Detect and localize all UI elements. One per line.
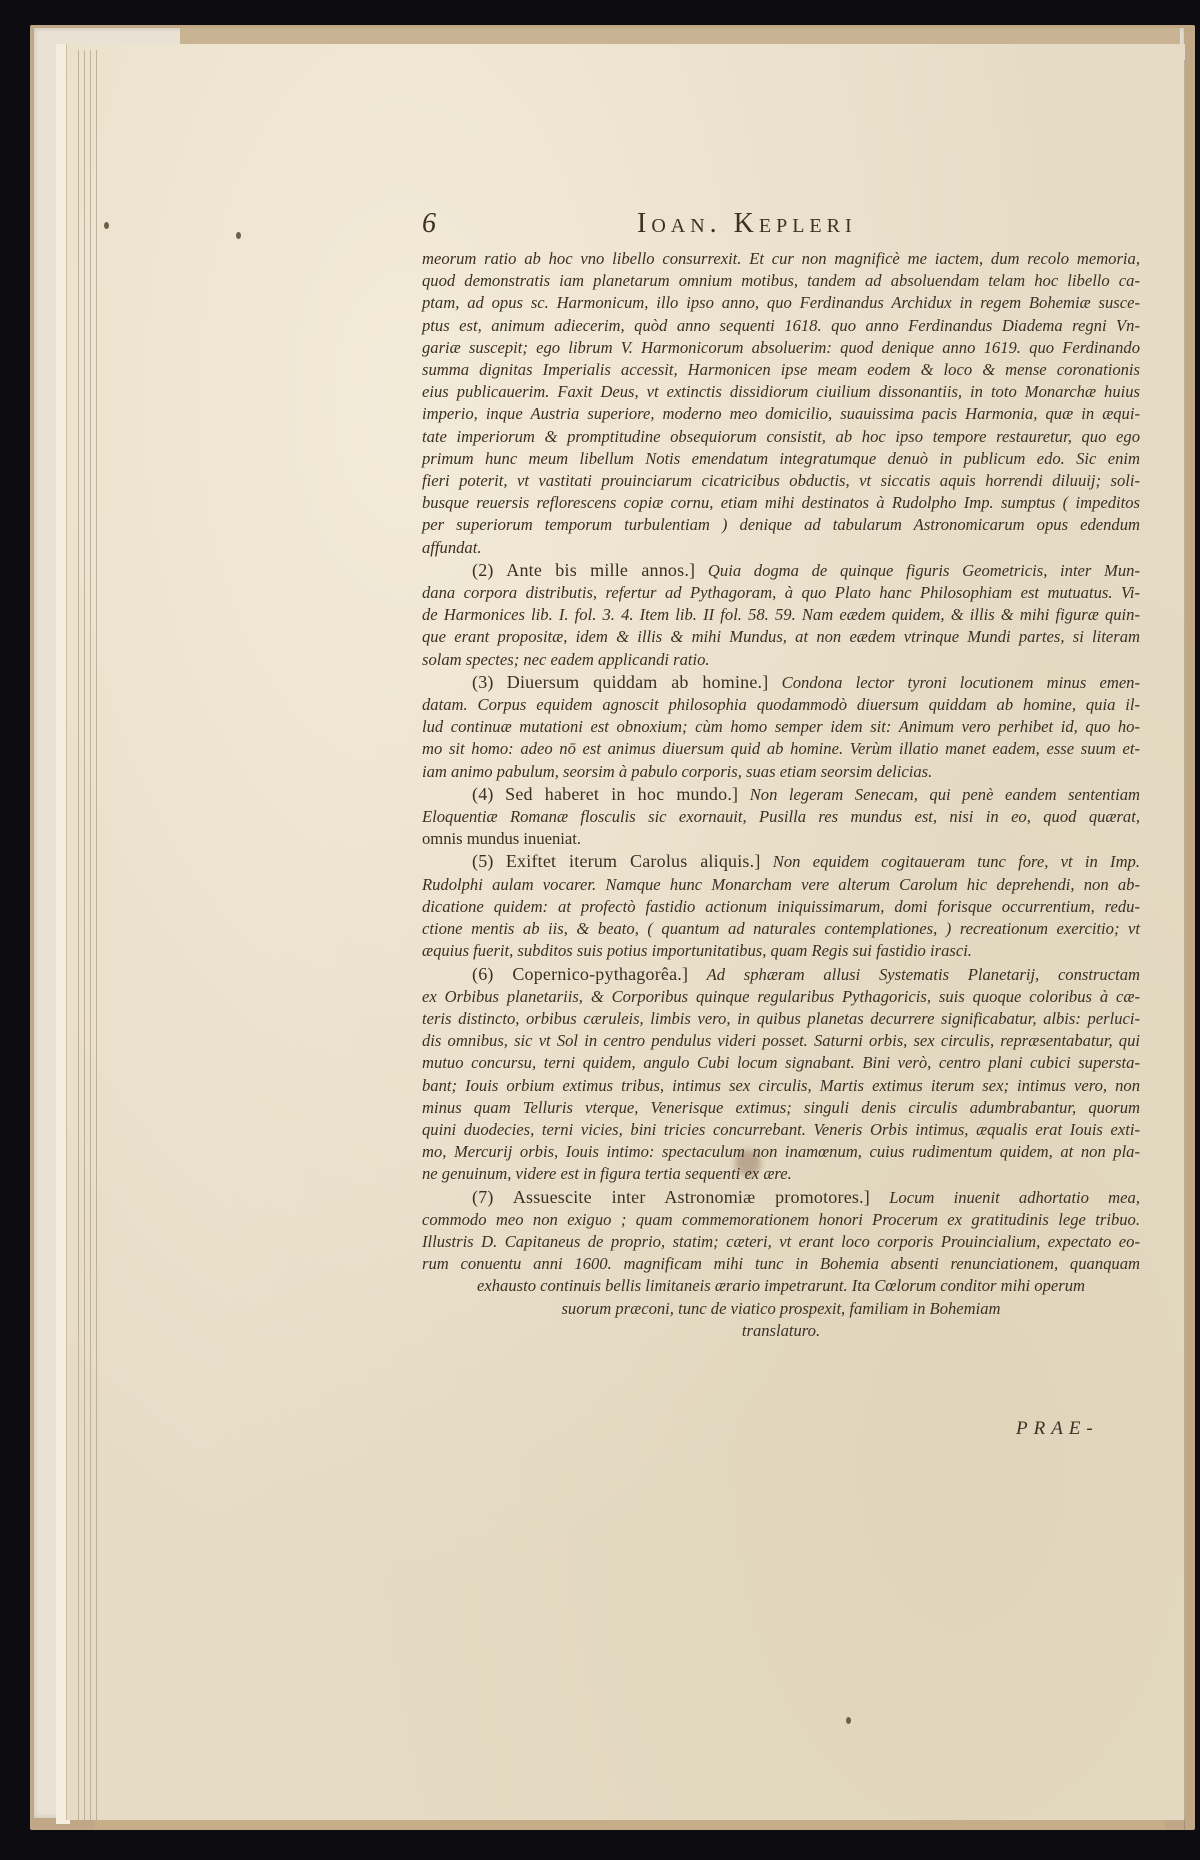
text-line: quini duodecies, terni vicies, bini tric… <box>422 1119 1140 1141</box>
text-line: tate imperiorum & promptitudine obsequio… <box>422 426 1140 448</box>
note-2: (2) Ante bis mille annos.] Quia dogma de… <box>422 559 1140 671</box>
text-line: imperio, inque Austria superiore, modern… <box>422 403 1140 425</box>
note-first-line: (7) Assuescite inter Astronomiæ promotor… <box>422 1186 1140 1209</box>
page-edge-line <box>96 50 97 1820</box>
note-lemma: Exiftet iterum Carolus aliquis.] <box>506 851 761 871</box>
text-line: que erant propositæ, idem & illis & mihi… <box>422 626 1140 648</box>
text-line: commodo meo non exiguo ; quam commemorat… <box>422 1209 1140 1231</box>
foxing-spot <box>846 1717 851 1724</box>
text-line: Illustris D. Capitaneus de proprio, stat… <box>422 1231 1140 1253</box>
text-line: ctione mentis ab iis, & beato, ( quantum… <box>422 918 1140 940</box>
text-line: datam. Corpus equidem agnoscit philosoph… <box>422 694 1140 716</box>
text-line: dis omnibus, sic vt Sol in centro pendul… <box>422 1030 1140 1052</box>
text-line: lud continuæ mutationi est obnoxium; cùm… <box>422 716 1140 738</box>
note-3: (3) Diuersum quiddam ab homine.] Condona… <box>422 671 1140 783</box>
text-line: minus quam Telluris vterque, Venerisque … <box>422 1097 1140 1119</box>
main-paragraph: meorum ratio ab hoc vno libello consurre… <box>422 248 1140 559</box>
text-line: busque reuersis reflorescens copiæ cornu… <box>422 492 1140 514</box>
text-line: de Harmonices lib. I. fol. 3. 4. Item li… <box>422 604 1140 626</box>
text-line: omnis mundus inueniat. <box>422 828 1140 850</box>
text-line: iam animo pabulum, seorsim à pabulo corp… <box>422 761 1140 783</box>
foxing-spot <box>236 232 241 239</box>
note-number: (3) <box>472 672 494 692</box>
text-line: ptam, ad opus sc. Harmonicum, illo ipso … <box>422 292 1140 314</box>
note-lemma: Copernico-pythagorêa.] <box>512 964 688 984</box>
note-first-line: (6) Copernico-pythagorêa.] Ad sphæram al… <box>422 963 1140 986</box>
text-line: meorum ratio ab hoc vno libello consurre… <box>422 248 1140 270</box>
foxing-spot <box>104 222 109 229</box>
text-line: mo, Mercurij orbis, Iouis intimo: specta… <box>422 1141 1140 1163</box>
text-line-centered: suorum præconi, tunc de viatico prospexi… <box>422 1298 1140 1320</box>
text-line: summa dignitas Imperialis accessit, Harm… <box>422 359 1140 381</box>
text-line: dicatione quidem: at profectò fastidio a… <box>422 896 1140 918</box>
page-edge-line <box>84 50 85 1820</box>
note-lemma: Ante bis mille annos.] <box>506 560 695 580</box>
running-head: 6 Ioan. Kepleri <box>422 208 1140 248</box>
text-line: primum hunc meum libellum Notis emendatu… <box>422 448 1140 470</box>
text-line: gariæ suscepit; ego librum V. Harmonicor… <box>422 337 1140 359</box>
text-line: affundat. <box>422 537 1140 559</box>
note-first-line: (2) Ante bis mille annos.] Quia dogma de… <box>422 559 1140 582</box>
text-line: rum conuentu anni 1600. magnificam mihi … <box>422 1253 1140 1275</box>
note-number: (6) <box>472 964 494 984</box>
note-number: (7) <box>472 1187 494 1207</box>
text-line-centered: exhausto continuis bellis limitaneis æra… <box>422 1275 1140 1297</box>
note-text: Non legeram Senecam, qui penè eandem sen… <box>750 785 1140 804</box>
note-text: Condona lector tyroni locutionem minus e… <box>782 673 1140 692</box>
note-text: Non equidem cogitaueram tunc fore, vt in… <box>773 852 1140 871</box>
note-5: (5) Exiftet iterum Carolus aliquis.] Non… <box>422 850 1140 962</box>
note-lemma: Assuescite inter Astronomiæ promotores.] <box>513 1187 870 1207</box>
text-line: æquius fuerit, subditos suis potius impo… <box>422 940 1140 962</box>
text-line: Rudolphi aulam vocarer. Namque hunc Mona… <box>422 874 1140 896</box>
text-line: mutuo concursu, terni quidem, angulo Cub… <box>422 1052 1140 1074</box>
note-4: (4) Sed haberet in hoc mundo.] Non leger… <box>422 783 1140 851</box>
text-line-centered: translaturo. <box>422 1320 1140 1342</box>
note-first-line: (4) Sed haberet in hoc mundo.] Non leger… <box>422 783 1140 806</box>
note-first-line: (5) Exiftet iterum Carolus aliquis.] Non… <box>422 850 1140 873</box>
page-edge-line <box>78 50 79 1820</box>
text-line: dana corpora distributis, refertur ad Py… <box>422 582 1140 604</box>
text-line: ex Orbibus planetariis, & Corporibus qui… <box>422 986 1140 1008</box>
text-line: Eloquentiæ Romanæ flosculis sic exornaui… <box>422 806 1140 828</box>
page-edge-line <box>1184 60 1185 1830</box>
text-line: per superiorum temporum turbulentiam ) d… <box>422 514 1140 536</box>
text-line: fieri poterit, vt vastitati prouinciarum… <box>422 470 1140 492</box>
note-lemma: Sed haberet in hoc mundo.] <box>505 784 738 804</box>
note-lemma: Diuersum quiddam ab homine.] <box>507 672 769 692</box>
text-line: mo sit homo: adeo nō est animus diuersum… <box>422 738 1140 760</box>
text-line: solam spectes; nec eadem applicandi rati… <box>422 649 1140 671</box>
text-line: ne genuinum, videre est in figura tertia… <box>422 1163 1140 1185</box>
page-edge-line <box>90 50 91 1820</box>
note-6: (6) Copernico-pythagorêa.] Ad sphæram al… <box>422 963 1140 1186</box>
text-line: quod demonstratis iam planetarum omnium … <box>422 270 1140 292</box>
text-line: bant; Iouis orbium extimus tribus, intim… <box>422 1075 1140 1097</box>
note-number: (5) <box>472 851 494 871</box>
note-7: (7) Assuescite inter Astronomiæ promotor… <box>422 1186 1140 1342</box>
note-first-line: (3) Diuersum quiddam ab homine.] Condona… <box>422 671 1140 694</box>
note-text: Locum inuenit adhortatio mea, <box>889 1188 1140 1207</box>
text-line: ptus est, animum adiecerim, quòd anno se… <box>422 315 1140 337</box>
note-text: Ad sphæram allusi Systematis Planetarij,… <box>707 965 1140 984</box>
text-block: 6 Ioan. Kepleri meorum ratio ab hoc vno … <box>422 208 1140 1342</box>
page-number: 6 <box>422 208 436 240</box>
note-number: (2) <box>472 560 494 580</box>
catchword: PRAE- <box>1016 1418 1099 1440</box>
note-number: (4) <box>472 784 494 804</box>
text-line: teris distincto, orbibus cæruleis, limbi… <box>422 1008 1140 1030</box>
text-line: eius publicauerim. Faxit Deus, vt extinc… <box>422 381 1140 403</box>
running-title: Ioan. Kepleri <box>637 208 857 240</box>
note-text: Quia dogma de quinque figuris Geometrici… <box>708 561 1140 580</box>
